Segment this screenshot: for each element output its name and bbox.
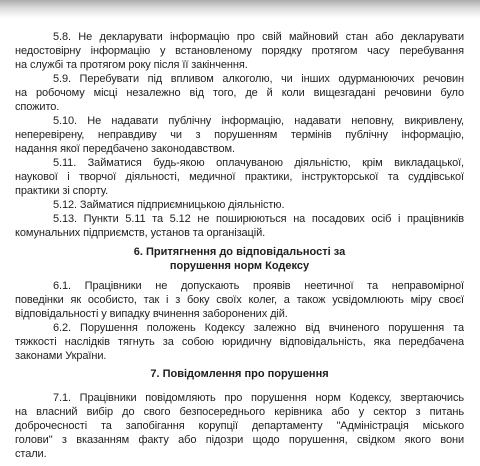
text-line: поведінки як особисто, так і з боку свої… (15, 293, 464, 307)
paragraph-6-1: 6.1. Працівники не допускають проявів не… (15, 279, 464, 321)
section-6-heading: 6. Притягнення до відповідальності за по… (15, 245, 464, 273)
heading-line: 7. Повідомлення про порушення (15, 367, 464, 381)
text-line: недостовірну інформацію у встановленому … (15, 44, 464, 58)
section-7-heading: 7. Повідомлення про порушення (15, 367, 464, 381)
text-line: комунальних підприємств, установ та орга… (15, 226, 464, 240)
text-line: 5.12. Займатися підприємницькою діяльніс… (15, 198, 464, 212)
paragraph-5-8: 5.8. Не декларувати інформацію про свій … (15, 30, 464, 72)
text-line: 7.1. Працівники повідомляють про порушен… (15, 391, 464, 405)
text-line: 5.10. Не надавати публічну інформацію, н… (15, 114, 464, 128)
document-page: 5.8. Не декларувати інформацію про свій … (0, 30, 480, 461)
text-line: неперевірену, неправдиву чи з порушенням… (15, 128, 464, 142)
text-line: наукової і творчої діяльності, медичної … (15, 170, 464, 184)
heading-line: порушення норм Кодексу (15, 259, 464, 273)
text-line: доброчесності та запобігання корупції де… (15, 419, 464, 433)
text-line: на робочому місці незалежно від того, де… (15, 86, 464, 100)
text-line: надання якої передбачено законодавством. (15, 142, 464, 156)
paragraph-7-1: 7.1. Працівники повідомляють про порушен… (15, 391, 464, 461)
text-line: спожито. (15, 100, 464, 114)
paragraph-6-2: 6.2. Порушення положень Кодексу залежно … (15, 321, 464, 363)
heading-line: 6. Притягнення до відповідальності за (15, 245, 464, 259)
top-shadow-gradient (0, 0, 480, 18)
text-line: тяжкості наслідків тягнуть за собою юрид… (15, 335, 464, 349)
text-line: 5.9. Перебувати під впливом алкоголю, чи… (15, 72, 464, 86)
text-line: 5.8. Не декларувати інформацію про свій … (15, 30, 464, 44)
text-line: 5.11. Займатися будь-якою оплачуваною ді… (15, 156, 464, 170)
paragraph-5-12: 5.12. Займатися підприємницькою діяльніс… (15, 198, 464, 212)
text-line: на власний вибір до свого безпосередньог… (15, 405, 464, 419)
text-line: голови" з вказанням факту або підозри що… (15, 433, 464, 447)
text-line: 5.13. Пункти 5.11 та 5.12 не поширюються… (15, 212, 464, 226)
paragraph-5-11: 5.11. Займатися будь-якою оплачуваною ді… (15, 156, 464, 198)
text-line: 6.1. Працівники не допускають проявів не… (15, 279, 464, 293)
text-line: 6.2. Порушення положень Кодексу залежно … (15, 321, 464, 335)
text-line: практики зі спорту. (15, 184, 464, 198)
paragraph-5-13: 5.13. Пункти 5.11 та 5.12 не поширюються… (15, 212, 464, 240)
text-line: стали. (15, 447, 464, 461)
text-line: на службі та протягом року після її закі… (15, 58, 464, 72)
text-line: законами України. (15, 349, 464, 363)
paragraph-5-9: 5.9. Перебувати під впливом алкоголю, чи… (15, 72, 464, 114)
paragraph-5-10: 5.10. Не надавати публічну інформацію, н… (15, 114, 464, 156)
text-line: відповідальності у випадку вчинення забо… (15, 307, 464, 321)
